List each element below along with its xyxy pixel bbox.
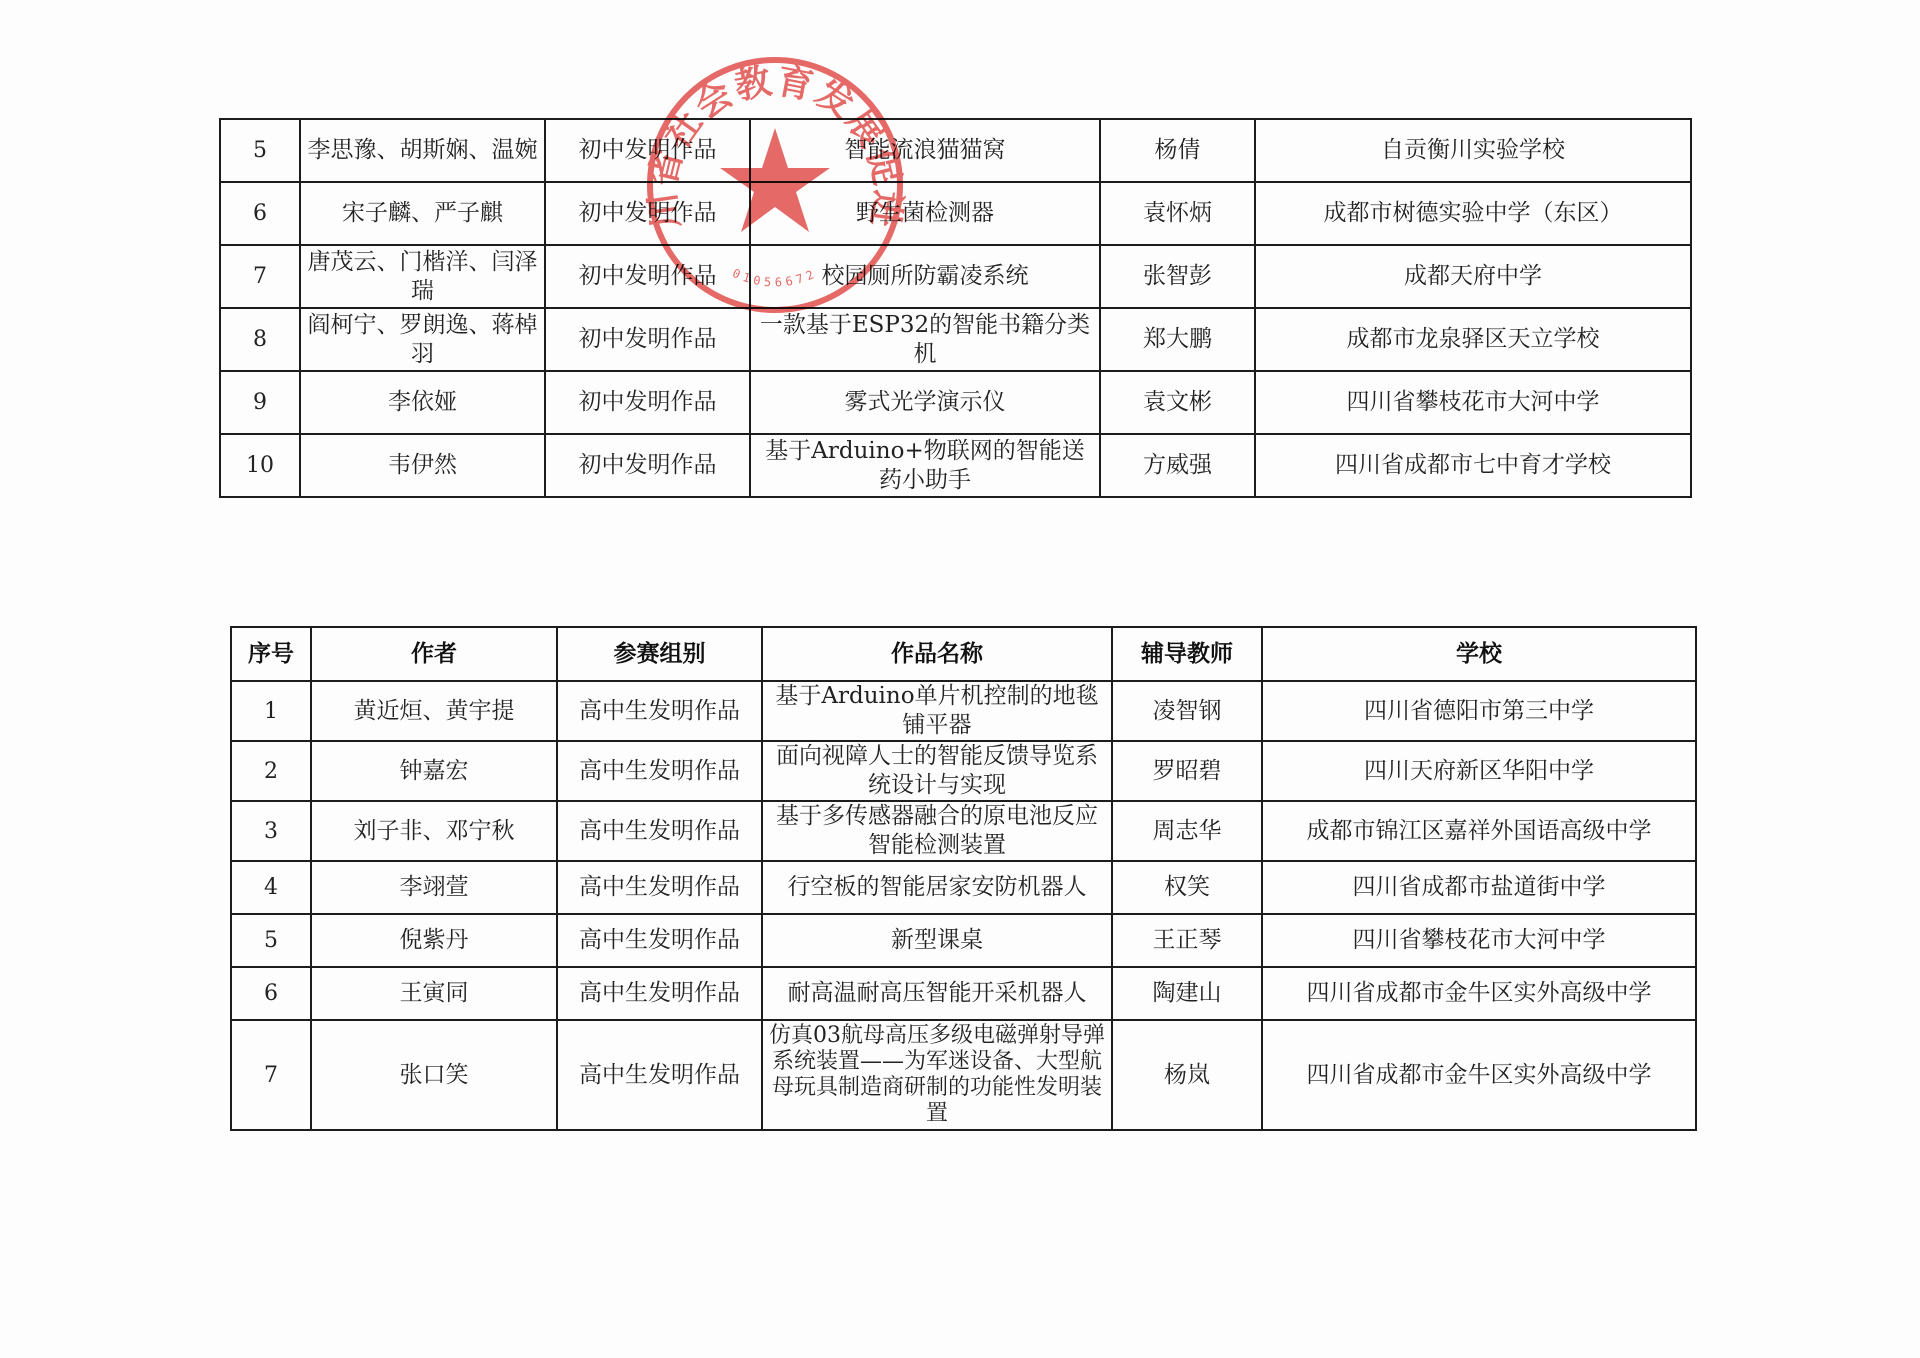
authors-cell: 王寅同 [311,967,557,1020]
work-title-cell: 基于多传感器融合的原电池反应智能检测装置 [762,801,1112,861]
teacher-cell: 王正琴 [1112,914,1262,967]
work-title-cell: 面向视障人士的智能反馈导览系统设计与实现 [762,741,1112,801]
index-cell: 5 [231,914,311,967]
teacher-cell: 郑大鹏 [1100,308,1255,371]
index-cell: 1 [231,681,311,741]
teacher-cell: 凌智钢 [1112,681,1262,741]
authors-cell: 钟嘉宏 [311,741,557,801]
index-cell: 6 [231,967,311,1020]
header-school: 学校 [1262,627,1696,681]
table-row: 6 宋子麟、严子麒 初中发明作品 野生菌检测器 袁怀炳 成都市树德实验中学（东区… [220,182,1691,245]
school-cell: 四川省攀枝花市大河中学 [1262,914,1696,967]
teacher-cell: 袁文彬 [1100,371,1255,434]
teacher-cell: 方威强 [1100,434,1255,497]
table-row: 8 阎柯宁、罗朗逸、蒋棹羽 初中发明作品 一款基于ESP32的智能书籍分类机 郑… [220,308,1691,371]
header-category: 参赛组别 [557,627,762,681]
table-row: 2 钟嘉宏 高中生发明作品 面向视障人士的智能反馈导览系统设计与实现 罗昭碧 四… [231,741,1696,801]
teacher-cell: 袁怀炳 [1100,182,1255,245]
category-cell: 高中生发明作品 [557,801,762,861]
school-cell: 四川省成都市金牛区实外高级中学 [1262,1020,1696,1130]
teacher-cell: 周志华 [1112,801,1262,861]
table-row: 9 李依娅 初中发明作品 雾式光学演示仪 袁文彬 四川省攀枝花市大河中学 [220,371,1691,434]
school-cell: 四川省德阳市第三中学 [1262,681,1696,741]
work-title-cell: 耐高温耐高压智能开采机器人 [762,967,1112,1020]
authors-cell: 李思豫、胡斯娴、温婉 [300,119,545,182]
category-cell: 高中生发明作品 [557,914,762,967]
index-cell: 8 [220,308,300,371]
work-title-cell: 基于Arduino单片机控制的地毯铺平器 [762,681,1112,741]
authors-cell: 唐茂云、门楷洋、闫泽瑞 [300,245,545,308]
school-cell: 四川天府新区华阳中学 [1262,741,1696,801]
high-school-awards-table: 序号 作者 参赛组别 作品名称 辅导教师 学校 1 黄近烜、黄宇提 高中生发明作… [230,626,1697,1131]
authors-cell: 张口笑 [311,1020,557,1130]
authors-cell: 韦伊然 [300,434,545,497]
table-row: 4 李翊萱 高中生发明作品 行空板的智能居家安防机器人 权笑 四川省成都市盐道街… [231,861,1696,914]
index-cell: 4 [231,861,311,914]
category-cell: 初中发明作品 [545,434,750,497]
authors-cell: 黄近烜、黄宇提 [311,681,557,741]
category-cell: 初中发明作品 [545,245,750,308]
teacher-cell: 权笑 [1112,861,1262,914]
table-row: 5 倪紫丹 高中生发明作品 新型课桌 王正琴 四川省攀枝花市大河中学 [231,914,1696,967]
table-row: 10 韦伊然 初中发明作品 基于Arduino+物联网的智能送药小助手 方威强 … [220,434,1691,497]
category-cell: 高中生发明作品 [557,741,762,801]
authors-cell: 李翊萱 [311,861,557,914]
authors-cell: 宋子麟、严子麒 [300,182,545,245]
teacher-cell: 杨倩 [1100,119,1255,182]
header-authors: 作者 [311,627,557,681]
index-cell: 5 [220,119,300,182]
work-title-cell: 智能流浪猫猫窝 [750,119,1100,182]
index-cell: 6 [220,182,300,245]
school-cell: 四川省成都市金牛区实外高级中学 [1262,967,1696,1020]
school-cell: 自贡衡川实验学校 [1255,119,1691,182]
work-title-cell: 新型课桌 [762,914,1112,967]
teacher-cell: 张智彭 [1100,245,1255,308]
school-cell: 四川省攀枝花市大河中学 [1255,371,1691,434]
work-title-cell: 校园厕所防霸凌系统 [750,245,1100,308]
category-cell: 初中发明作品 [545,182,750,245]
table-row: 6 王寅同 高中生发明作品 耐高温耐高压智能开采机器人 陶建山 四川省成都市金牛… [231,967,1696,1020]
work-title-cell: 基于Arduino+物联网的智能送药小助手 [750,434,1100,497]
index-cell: 3 [231,801,311,861]
authors-cell: 李依娅 [300,371,545,434]
category-cell: 高中生发明作品 [557,861,762,914]
teacher-cell: 罗昭碧 [1112,741,1262,801]
header-index: 序号 [231,627,311,681]
teacher-cell: 杨岚 [1112,1020,1262,1130]
document-page: 5 李思豫、胡斯娴、温婉 初中发明作品 智能流浪猫猫窝 杨倩 自贡衡川实验学校 … [0,0,1920,1358]
index-cell: 7 [220,245,300,308]
school-cell: 成都天府中学 [1255,245,1691,308]
category-cell: 高中生发明作品 [557,681,762,741]
category-cell: 高中生发明作品 [557,967,762,1020]
work-title-cell: 仿真03航母高压多级电磁弹射导弹系统装置——为军迷设备、大型航母玩具制造商研制的… [762,1020,1112,1130]
work-title-cell: 行空板的智能居家安防机器人 [762,861,1112,914]
table-row: 3 刘子非、邓宁秋 高中生发明作品 基于多传感器融合的原电池反应智能检测装置 周… [231,801,1696,861]
junior-high-awards-table: 5 李思豫、胡斯娴、温婉 初中发明作品 智能流浪猫猫窝 杨倩 自贡衡川实验学校 … [219,118,1692,498]
authors-cell: 倪紫丹 [311,914,557,967]
header-work-title: 作品名称 [762,627,1112,681]
table-row: 7 唐茂云、门楷洋、闫泽瑞 初中发明作品 校园厕所防霸凌系统 张智彭 成都天府中… [220,245,1691,308]
category-cell: 初中发明作品 [545,308,750,371]
authors-cell: 刘子非、邓宁秋 [311,801,557,861]
index-cell: 7 [231,1020,311,1130]
work-title-cell: 雾式光学演示仪 [750,371,1100,434]
table-header-row: 序号 作者 参赛组别 作品名称 辅导教师 学校 [231,627,1696,681]
index-cell: 9 [220,371,300,434]
teacher-cell: 陶建山 [1112,967,1262,1020]
category-cell: 高中生发明作品 [557,1020,762,1130]
category-cell: 初中发明作品 [545,371,750,434]
work-title-cell: 野生菌检测器 [750,182,1100,245]
school-cell: 成都市龙泉驿区天立学校 [1255,308,1691,371]
authors-cell: 阎柯宁、罗朗逸、蒋棹羽 [300,308,545,371]
index-cell: 2 [231,741,311,801]
table-row: 7 张口笑 高中生发明作品 仿真03航母高压多级电磁弹射导弹系统装置——为军迷设… [231,1020,1696,1130]
category-cell: 初中发明作品 [545,119,750,182]
header-teacher: 辅导教师 [1112,627,1262,681]
school-cell: 四川省成都市七中育才学校 [1255,434,1691,497]
table-row: 1 黄近烜、黄宇提 高中生发明作品 基于Arduino单片机控制的地毯铺平器 凌… [231,681,1696,741]
school-cell: 成都市树德实验中学（东区） [1255,182,1691,245]
school-cell: 四川省成都市盐道街中学 [1262,861,1696,914]
work-title-cell: 一款基于ESP32的智能书籍分类机 [750,308,1100,371]
school-cell: 成都市锦江区嘉祥外国语高级中学 [1262,801,1696,861]
index-cell: 10 [220,434,300,497]
table-row: 5 李思豫、胡斯娴、温婉 初中发明作品 智能流浪猫猫窝 杨倩 自贡衡川实验学校 [220,119,1691,182]
